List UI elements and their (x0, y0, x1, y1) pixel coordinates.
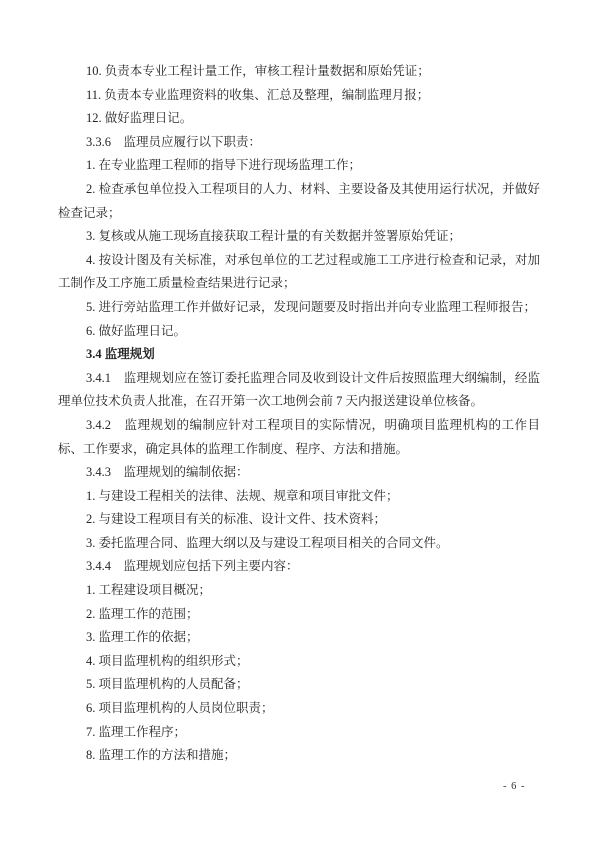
list-item-11: 11. 负责本专业监理资料的收集、汇总及整理，编制监理月报； (58, 84, 540, 108)
list-item-3: 3. 复核或从施工现场直接获取工程计量的有关数据并签署原始凭证； (58, 225, 540, 249)
content-item-2: 2. 监理工作的范围； (58, 603, 540, 627)
section-heading-3-4: 3.4 监理规划 (58, 343, 540, 367)
list-item-5: 5. 进行旁站监理工作并做好记录，发现问题要及时指出并向专业监理工程师报告； (58, 296, 540, 320)
list-item-6: 6. 做好监理日记。 (58, 320, 540, 344)
basis-item-3: 3. 委托监理合同、监理大纲以及与建设工程项目相关的合同文件。 (58, 532, 540, 556)
document-page: 10. 负责本专业工程计量工作，审核工程计量数据和原始凭证； 11. 负责本专业… (0, 0, 600, 848)
clause-3-3-6: 3.3.6 监理员应履行以下职责： (58, 131, 540, 155)
content-item-6: 6. 项目监理机构的人员岗位职责； (58, 697, 540, 721)
content-item-8: 8. 监理工作的方法和措施； (58, 744, 540, 768)
clause-3-4-3: 3.4.3 监理规划的编制依据： (58, 461, 540, 485)
page-number: - 6 - (503, 781, 526, 792)
content-item-1: 1. 工程建设项目概况； (58, 579, 540, 603)
clause-3-4-1: 3.4.1 监理规划应在签订委托监理合同及收到设计文件后按照监理大纲编制，经监理… (58, 367, 540, 414)
basis-item-1: 1. 与建设工程相关的法律、法规、规章和项目审批文件； (58, 485, 540, 509)
content-item-4: 4. 项目监理机构的组织形式； (58, 650, 540, 674)
list-item-4: 4. 按设计图及有关标准，对承包单位的工艺过程或施工工序进行检查和记录，对加工制… (58, 249, 540, 296)
clause-3-4-4: 3.4.4 监理规划应包括下列主要内容： (58, 555, 540, 579)
list-item-12: 12. 做好监理日记。 (58, 107, 540, 131)
list-item-1: 1. 在专业监理工程师的指导下进行现场监理工作； (58, 154, 540, 178)
basis-item-2: 2. 与建设工程项目有关的标准、设计文件、技术资料； (58, 508, 540, 532)
document-body: 10. 负责本专业工程计量工作，审核工程计量数据和原始凭证； 11. 负责本专业… (58, 60, 540, 768)
content-item-5: 5. 项目监理机构的人员配备； (58, 673, 540, 697)
clause-3-4-2: 3.4.2 监理规划的编制应针对工程项目的实际情况，明确项目监理机构的工作目标、… (58, 414, 540, 461)
content-item-7: 7. 监理工作程序； (58, 721, 540, 745)
content-item-3: 3. 监理工作的依据； (58, 626, 540, 650)
list-item-10: 10. 负责本专业工程计量工作，审核工程计量数据和原始凭证； (58, 60, 540, 84)
list-item-2: 2. 检查承包单位投入工程项目的人力、材料、主要设备及其使用运行状况，并做好检查… (58, 178, 540, 225)
